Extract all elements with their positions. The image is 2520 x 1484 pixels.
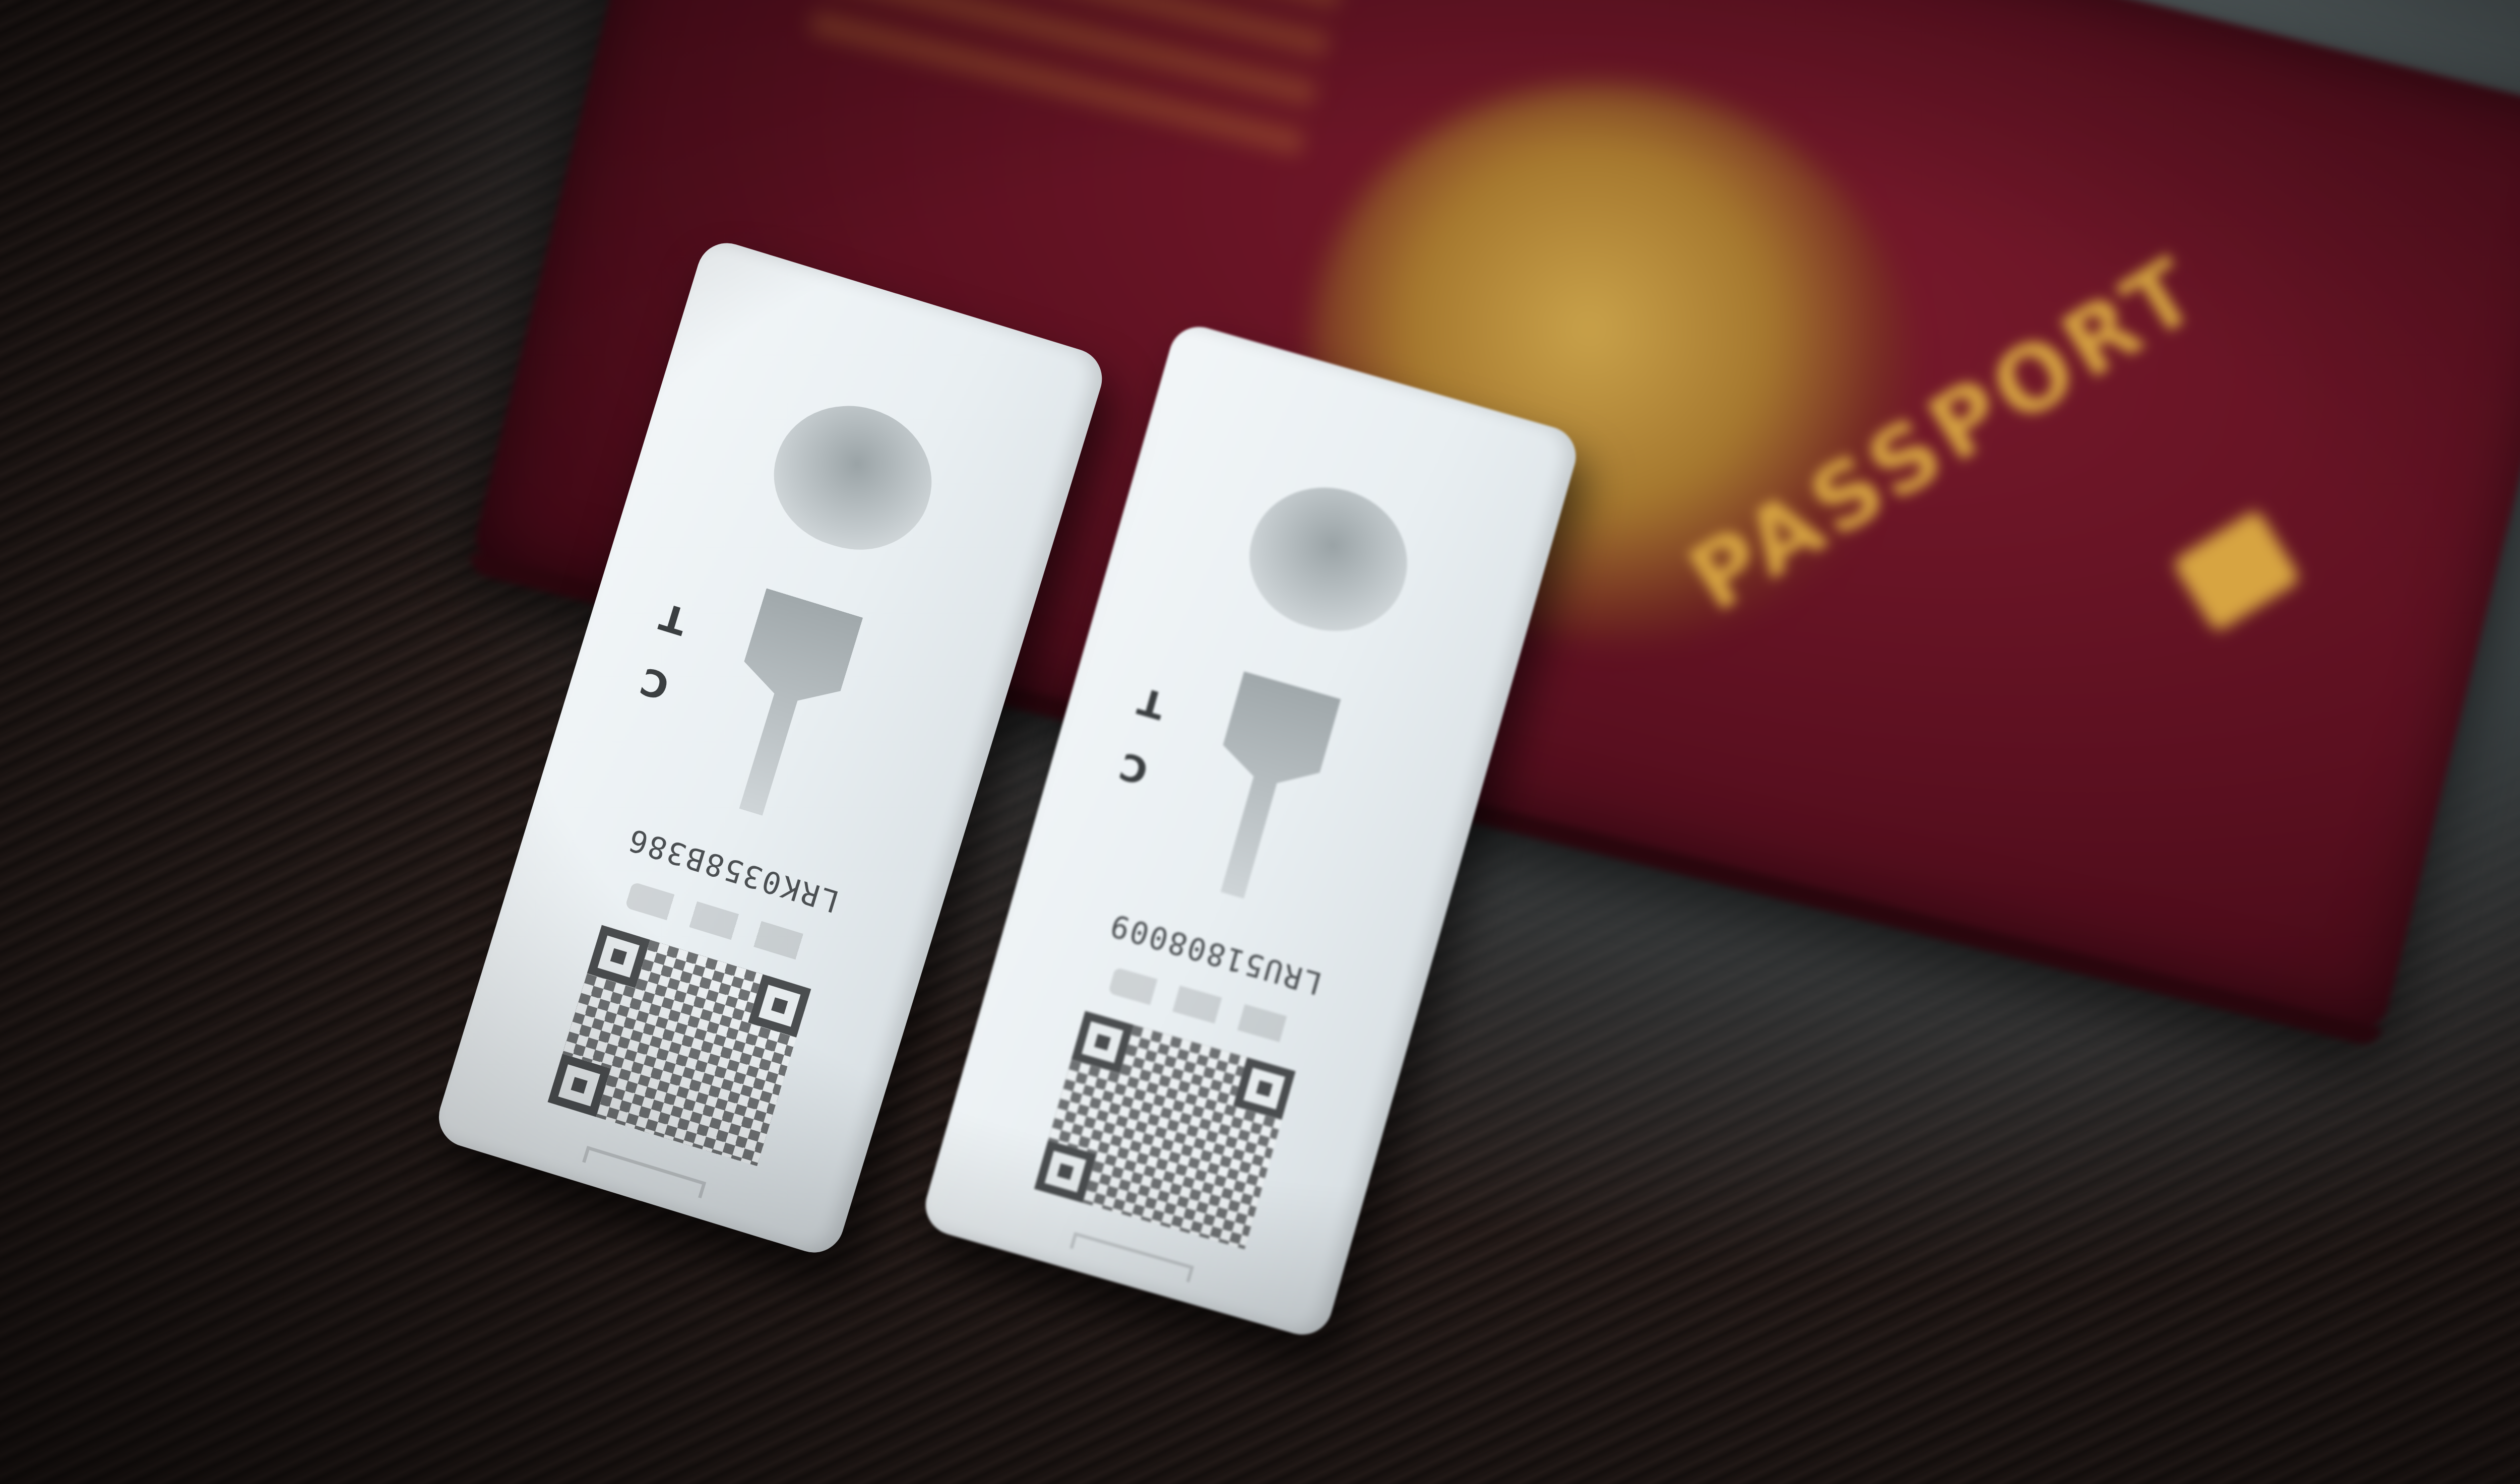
biometric-chip-icon: [2171, 508, 2301, 633]
control-line-mark: C: [1115, 743, 1153, 791]
photo-scene: PASSPORT T C LRU51808009 T C LRK0358B386: [0, 0, 2520, 1484]
cassette-latch: [1069, 1232, 1194, 1282]
result-window: [1183, 671, 1341, 910]
qr-code: [548, 925, 811, 1166]
sample-well: [1233, 469, 1424, 649]
test-line-mark: T: [1134, 678, 1170, 726]
passport-header-text: [809, 0, 1348, 155]
qr-code: [1034, 1011, 1296, 1249]
control-line-mark: C: [636, 658, 674, 706]
test-line-mark: T: [656, 593, 692, 641]
cassette-latch: [582, 1146, 706, 1198]
result-window: [703, 588, 863, 827]
sample-well: [757, 386, 950, 568]
